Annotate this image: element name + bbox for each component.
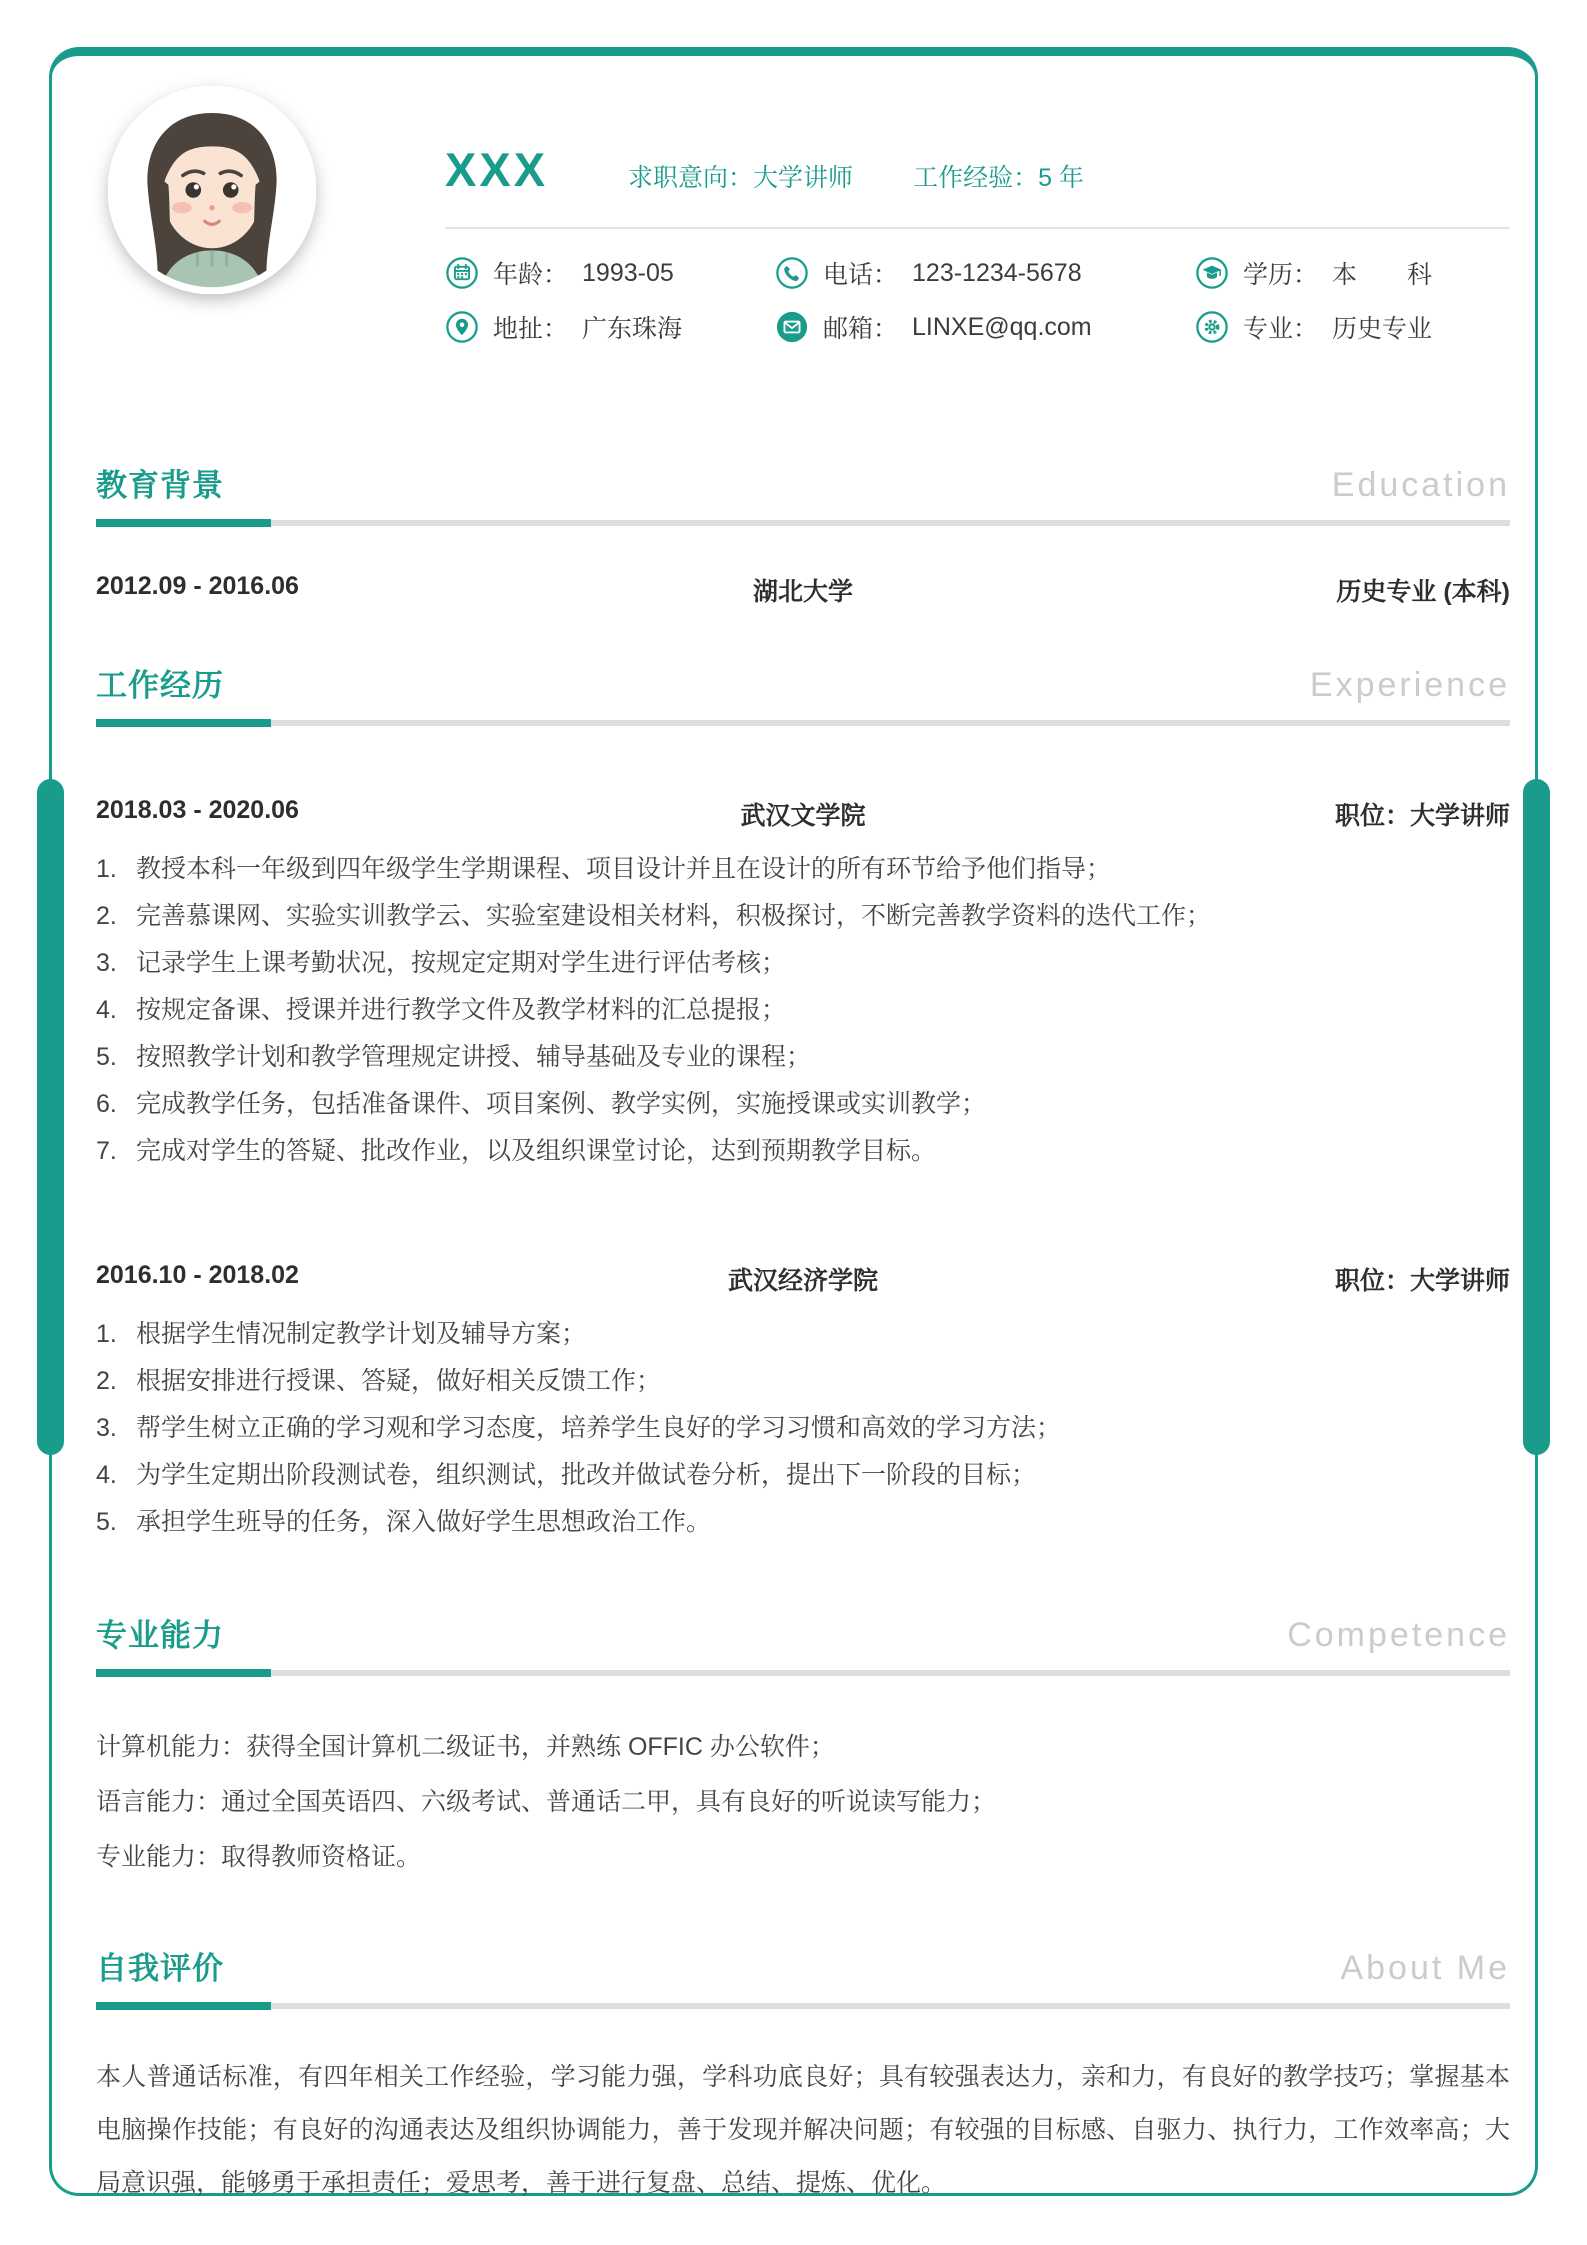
duty-number: 6. — [96, 1081, 136, 1128]
duty-item: 2. 完善慕课网、实验实训教学云、实验室建设相关材料，积极探讨，不断完善教学资料… — [96, 893, 1510, 940]
section-title-zh: 专业能力 — [96, 1610, 224, 1655]
contact-item: 学历：本 科 — [1195, 255, 1510, 291]
about-text: 本人普通话标准，有四年相关工作经验，学习能力强，学科功底良好；具有较强表达力，亲… — [96, 2051, 1510, 2210]
contact-item: 地扯：广东珠海 — [445, 309, 775, 345]
section-rule — [96, 720, 1510, 726]
duty-item: 1. 根据学生情况制定教学计划及辅导方案； — [96, 1311, 1510, 1358]
competence-list: 计算机能力：获得全国计算机二级证书，并熟练 OFFIC 办公软件； 语言能力：通… — [96, 1720, 1510, 1885]
contact-item: 专业：历史专业 — [1195, 309, 1510, 345]
duty-item: 4. 按规定备课、授课并进行教学文件及教学材料的汇总提报； — [96, 987, 1510, 1034]
duty-item: 3. 记录学生上课考勤状况，按规定定期对学生进行评估考核； — [96, 940, 1510, 987]
job-period: 2016.10 - 2018.02 — [96, 1261, 728, 1297]
phone-icon — [775, 256, 809, 290]
avatar-illustration — [108, 86, 316, 294]
duty-number: 3. — [96, 1405, 136, 1452]
education-major: 历史专业 (本科) — [853, 572, 1510, 608]
contact-label: 年龄： — [493, 255, 568, 291]
education-entry: 2012.09 - 2016.06 湖北大学 历史专业 (本科) — [96, 572, 1510, 608]
header-info: XXX 求职意向：大学讲师 工作经验：5 年 年龄：1993-05 — [445, 142, 1510, 345]
contact-label: 地扯： — [493, 309, 568, 345]
duty-number: 5. — [96, 1499, 136, 1546]
section-title-en: Competence — [1287, 1616, 1510, 1655]
section-title-zh: 工作经历 — [96, 660, 224, 705]
job-company: 武汉经济学院 — [728, 1261, 878, 1297]
job-header: 2016.10 - 2018.02 武汉经济学院 职位：大学讲师 — [96, 1261, 1510, 1297]
duty-item: 3. 帮学生树立正确的学习观和学习态度，培养学生良好的学习习惯和高效的学习方法； — [96, 1405, 1510, 1452]
duty-item: 6. 完成教学任务，包括准备课件、项目案例、教学实例，实施授课或实训教学； — [96, 1081, 1510, 1128]
job-intention: 求职意向：大学讲师 — [628, 158, 853, 194]
duty-number: 3. — [96, 940, 136, 987]
resume-header: XXX 求职意向：大学讲师 工作经验：5 年 年龄：1993-05 — [96, 86, 1510, 388]
job-duties: 1. 根据学生情况制定教学计划及辅导方案； 2. 根据安排进行授课、答疑，做好相… — [96, 1311, 1510, 1546]
job-header: 2018.03 - 2020.06 武汉文学院 职位：大学讲师 — [96, 796, 1510, 832]
section-experience: 工作经历 Experience 2018.03 - 2020.06 武汉文学院 … — [96, 660, 1510, 1546]
contact-item: 电话：123-1234-5678 — [775, 255, 1195, 291]
section-competence: 专业能力 Competence 计算机能力：获得全国计算机二级证书，并熟练 OF… — [96, 1610, 1510, 1885]
contact-label: 学历： — [1243, 255, 1318, 291]
duty-text: 完成对学生的答疑、批改作业，以及组织课堂讨论，达到预期教学目标。 — [136, 1128, 936, 1175]
duty-text: 完善慕课网、实验实训教学云、实验室建设相关材料，积极探讨，不断完善教学资料的迭代… — [136, 893, 1211, 940]
contact-value: LINXE@qq.com — [912, 313, 1092, 342]
duty-text: 根据学生情况制定教学计划及辅导方案； — [136, 1311, 586, 1358]
location-icon — [445, 310, 479, 344]
job-period: 2018.03 - 2020.06 — [96, 796, 740, 832]
work-experience-years: 工作经验：5 年 — [913, 158, 1084, 194]
education-period: 2012.09 - 2016.06 — [96, 572, 753, 608]
section-title-zh: 自我评价 — [96, 1943, 224, 1988]
gear-icon — [1195, 310, 1229, 344]
duty-item: 7. 完成对学生的答疑、批改作业，以及组织课堂讨论，达到预期教学目标。 — [96, 1128, 1510, 1175]
duty-item: 5. 承担学生班导的任务，深入做好学生思想政治工作。 — [96, 1499, 1510, 1546]
name-row: XXX 求职意向：大学讲师 工作经验：5 年 — [445, 142, 1510, 197]
job-position: 职位：大学讲师 — [878, 1261, 1510, 1297]
section-rule — [96, 520, 1510, 526]
duty-number: 2. — [96, 1358, 136, 1405]
duty-text: 为学生定期出阶段测试卷，组织测试，批改并做试卷分析，提出下一阶段的目标； — [136, 1452, 1036, 1499]
section-title-zh: 教育背景 — [96, 460, 224, 505]
duty-item: 4. 为学生定期出阶段测试卷，组织测试，批改并做试卷分析，提出下一阶段的目标； — [96, 1452, 1510, 1499]
contact-value: 123-1234-5678 — [912, 259, 1082, 288]
contact-value: 历史专业 — [1332, 309, 1432, 345]
section-header: 专业能力 Competence — [96, 1610, 1510, 1655]
competence-item: 专业能力：取得教师资格证。 — [96, 1830, 1510, 1885]
duty-text: 按照教学计划和教学管理规定讲授、辅导基础及专业的课程； — [136, 1034, 811, 1081]
calendar-icon — [445, 256, 479, 290]
contact-value: 1993-05 — [582, 259, 674, 288]
duty-item: 2. 根据安排进行授课、答疑，做好相关反馈工作； — [96, 1358, 1510, 1405]
duty-text: 根据安排进行授课、答疑，做好相关反馈工作； — [136, 1358, 661, 1405]
section-education: 教育背景 Education 2012.09 - 2016.06 湖北大学 历史… — [96, 460, 1510, 608]
job-entry-2: 2016.10 - 2018.02 武汉经济学院 职位：大学讲师 1. 根据学生… — [96, 1261, 1510, 1546]
contact-label: 邮箱： — [823, 309, 898, 345]
graduation-icon — [1195, 256, 1229, 290]
section-rule — [96, 2003, 1510, 2009]
job-company: 武汉文学院 — [740, 796, 865, 832]
right-accent-bar — [1523, 779, 1550, 1455]
duty-number: 2. — [96, 893, 136, 940]
competence-item: 计算机能力：获得全国计算机二级证书，并熟练 OFFIC 办公软件； — [96, 1720, 1510, 1775]
section-header: 教育背景 Education — [96, 460, 1510, 505]
duty-number: 1. — [96, 846, 136, 893]
section-title-en: About Me — [1340, 1949, 1510, 1988]
resume-page: XXX 求职意向：大学讲师 工作经验：5 年 年龄：1993-05 — [0, 0, 1587, 2245]
duty-text: 承担学生班导的任务，深入做好学生思想政治工作。 — [136, 1499, 711, 1546]
duty-number: 1. — [96, 1311, 136, 1358]
section-header: 工作经历 Experience — [96, 660, 1510, 705]
education-school: 湖北大学 — [753, 572, 853, 608]
contact-value: 广东珠海 — [582, 309, 682, 345]
duty-text: 按规定备课、授课并进行教学文件及教学材料的汇总提报； — [136, 987, 786, 1034]
duty-item: 5. 按照教学计划和教学管理规定讲授、辅导基础及专业的课程； — [96, 1034, 1510, 1081]
duty-item: 1. 教授本科一年级到四年级学生学期课程、项目设计并且在设计的所有环节给予他们指… — [96, 846, 1510, 893]
job-position: 职位：大学讲师 — [866, 796, 1511, 832]
contact-label: 电话： — [823, 255, 898, 291]
duty-number: 7. — [96, 1128, 136, 1175]
section-rule — [96, 1670, 1510, 1676]
avatar — [108, 86, 316, 294]
job-entry-1: 2018.03 - 2020.06 武汉文学院 职位：大学讲师 1. 教授本科一… — [96, 796, 1510, 1175]
mail-icon — [775, 310, 809, 344]
left-accent-bar — [37, 779, 64, 1455]
duty-text: 帮学生树立正确的学习观和学习态度，培养学生良好的学习习惯和高效的学习方法； — [136, 1405, 1061, 1452]
section-title-en: Experience — [1310, 666, 1510, 705]
duty-text: 记录学生上课考勤状况，按规定定期对学生进行评估考核； — [136, 940, 786, 987]
header-divider — [445, 227, 1510, 229]
candidate-name: XXX — [445, 142, 548, 197]
section-about: 自我评价 About Me 本人普通话标准，有四年相关工作经验，学习能力强，学科… — [96, 1943, 1510, 2210]
duty-number: 4. — [96, 987, 136, 1034]
contact-info: 年龄：1993-05 电话：123-1234-5678 学历：本 科 — [445, 255, 1510, 345]
resume-content: XXX 求职意向：大学讲师 工作经验：5 年 年龄：1993-05 — [96, 86, 1510, 2210]
competence-item: 语言能力：通过全国英语四、六级考试、普通话二甲，具有良好的听说读写能力； — [96, 1775, 1510, 1830]
contact-item: 邮箱：LINXE@qq.com — [775, 309, 1195, 345]
contact-label: 专业： — [1243, 309, 1318, 345]
duty-number: 5. — [96, 1034, 136, 1081]
section-title-en: Education — [1332, 466, 1510, 505]
contact-value: 本 科 — [1332, 255, 1432, 291]
duty-number: 4. — [96, 1452, 136, 1499]
contact-item: 年龄：1993-05 — [445, 255, 775, 291]
duty-text: 教授本科一年级到四年级学生学期课程、项目设计并且在设计的所有环节给予他们指导； — [136, 846, 1111, 893]
job-duties: 1. 教授本科一年级到四年级学生学期课程、项目设计并且在设计的所有环节给予他们指… — [96, 846, 1510, 1175]
duty-text: 完成教学任务，包括准备课件、项目案例、教学实例，实施授课或实训教学； — [136, 1081, 986, 1128]
section-header: 自我评价 About Me — [96, 1943, 1510, 1988]
